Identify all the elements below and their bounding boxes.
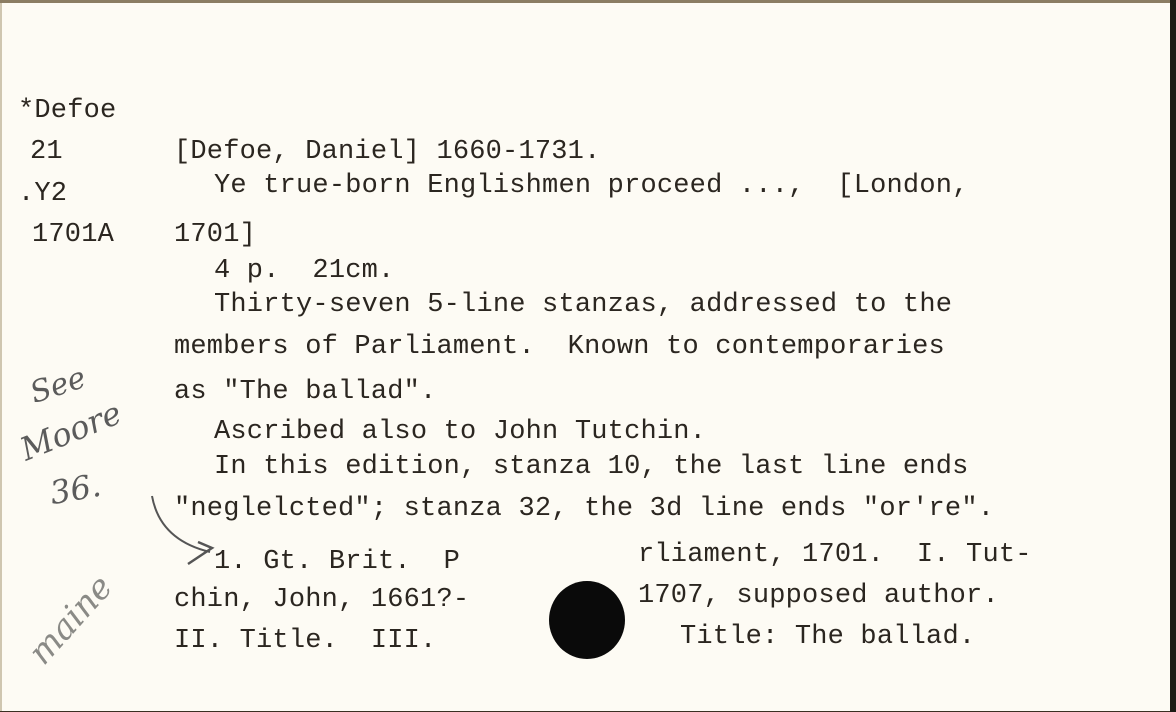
pencil-arrow-icon (140, 490, 230, 580)
note-line-1: Thirty-seven 5-line stanzas, addressed t… (214, 292, 952, 319)
author-heading: [Defoe, Daniel] 1660-1731. (174, 139, 600, 166)
note-line-2: members of Parliament. Known to contempo… (174, 334, 945, 361)
note-line-4: Ascribed also to John Tutchin. (214, 419, 706, 446)
call-number-line-3: .Y2 (18, 181, 67, 208)
tracing-line-3-left: II. Title. III. (174, 628, 436, 655)
tracing-line-1-right: rliament, 1701. I. Tut- (638, 542, 1032, 569)
note-line-6: "neglelcted"; stanza 32, the 3d line end… (174, 496, 994, 523)
note-line-5: In this edition, stanza 10, the last lin… (214, 454, 969, 481)
title-line-1: Ye true-born Englishmen proceed ..., [Lo… (214, 173, 969, 200)
call-number-line-4: 1701A (32, 222, 114, 249)
tracing-line-2-left: chin, John, 1661?- (174, 587, 469, 614)
call-number-line-2: 21 (30, 139, 63, 166)
tracing-line-2-right: 1707, supposed author. (638, 583, 999, 610)
call-number-line-1: *Defoe (18, 98, 116, 125)
punch-hole (549, 581, 625, 659)
note-line-3: as "The ballad". (174, 379, 436, 406)
tracing-line-3-right: Title: The ballad. (680, 624, 975, 651)
card-right-edge (1170, 0, 1176, 712)
collation: 4 p. 21cm. (214, 258, 394, 285)
title-line-2: 1701] (174, 222, 256, 249)
tracing-line-1-left: 1. Gt. Brit. P (214, 549, 460, 576)
